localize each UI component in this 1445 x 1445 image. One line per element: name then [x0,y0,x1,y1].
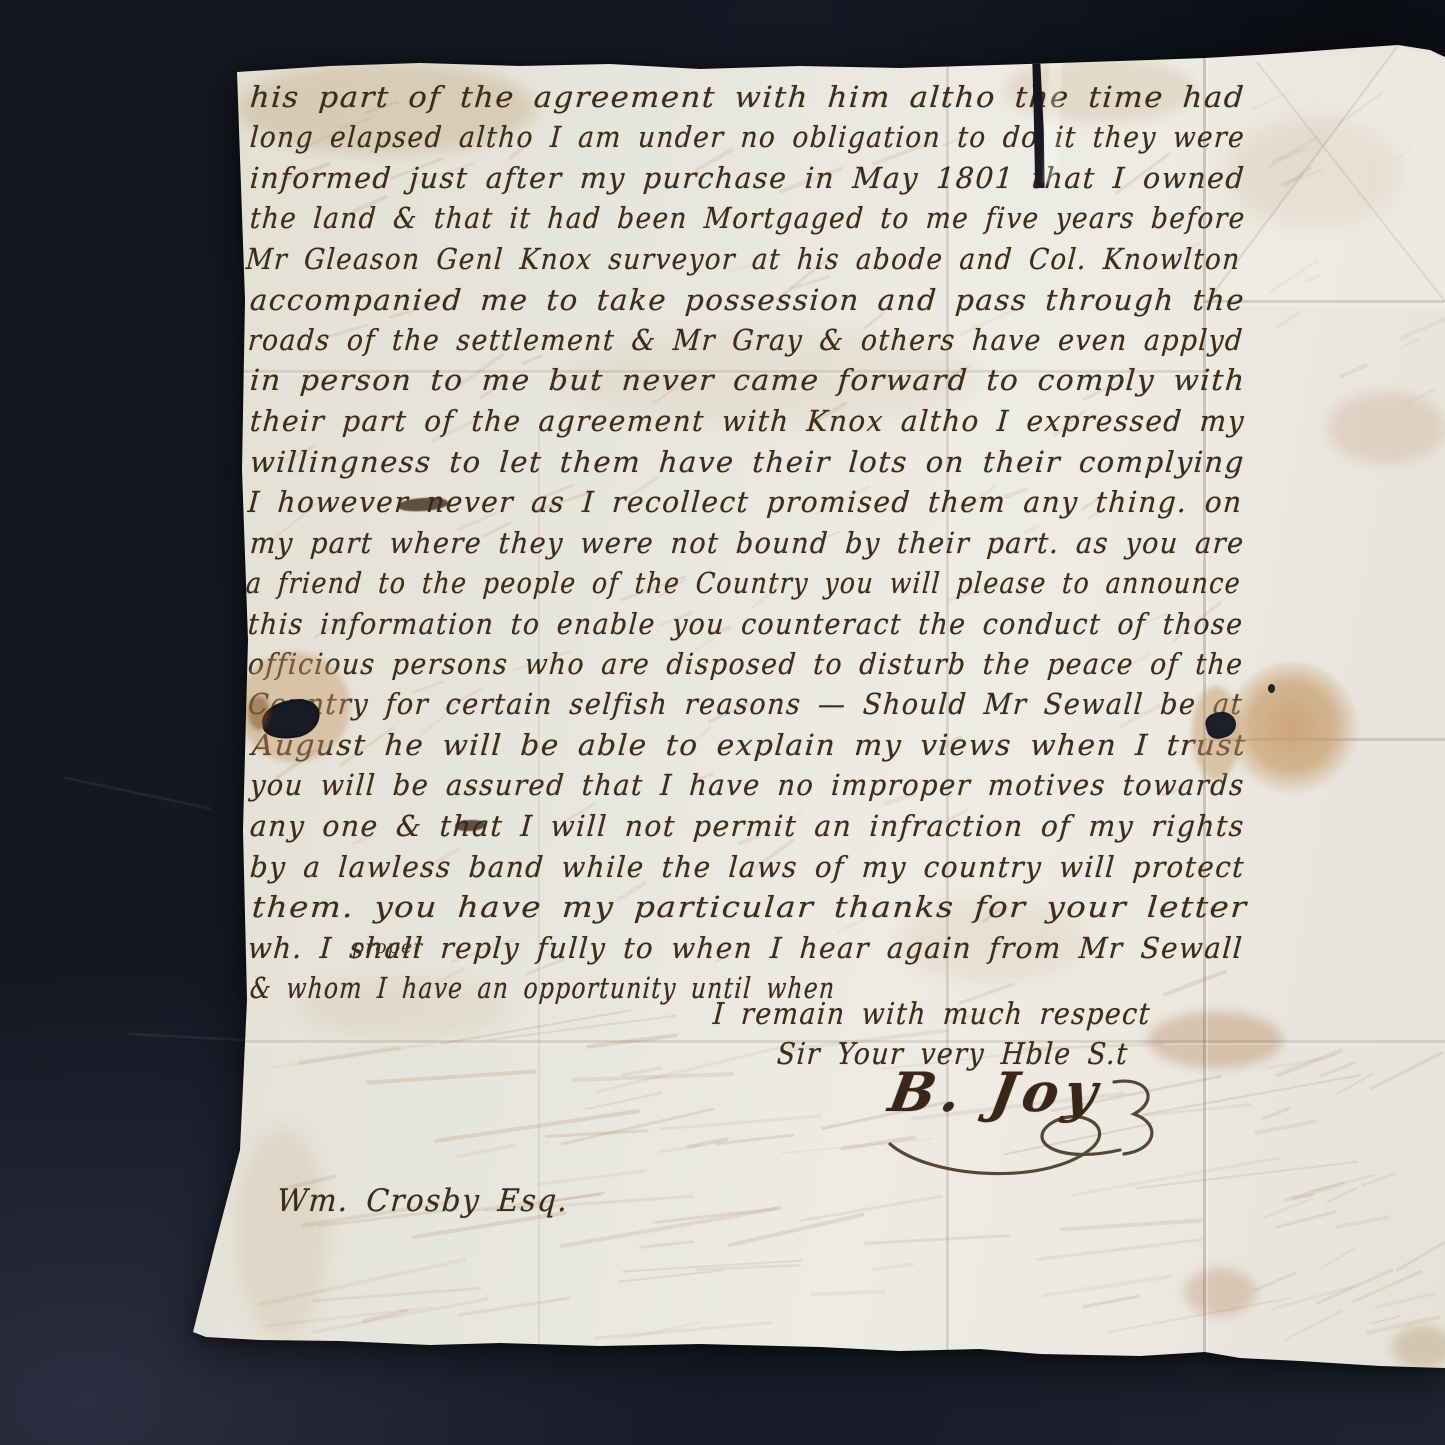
letter-line: accompanied me to take possession and pa… [249,286,1246,315]
bleed-stroke [585,1092,663,1111]
letter-paper: his part of the agreement with him altho… [0,0,1445,1445]
bleed-stroke [727,1212,864,1247]
letter-line: in person to me but never came forward t… [249,366,1247,395]
bleed-stroke [1277,310,1300,329]
foxing-stain [1392,1326,1445,1368]
bleed-stroke [1321,1247,1356,1269]
letter-line: my part where they were not bound by the… [249,529,1246,558]
inserted-word: proper [352,936,423,958]
signature: B. Joy [884,1060,1107,1124]
bleed-stroke [1370,1051,1444,1090]
bleed-stroke [810,1289,886,1296]
bleed-stroke [1261,1106,1292,1120]
signature-block: B. Joy [862,1048,1192,1208]
bleed-stroke [366,1069,537,1084]
bleed-stroke [1250,90,1290,111]
letter-line: Country for certain selfish reasons — Sh… [247,690,1244,719]
letter-line: August he will be able to explain my vie… [251,731,1248,760]
hole-rim-stain [248,696,270,730]
bleed-stroke [1339,363,1369,379]
bleed-stroke [1395,1225,1445,1272]
foxing-stain [1328,392,1445,464]
foxing-stain [236,1128,328,1340]
letter-line: them. you have my particular thanks for … [251,893,1249,922]
letter-line: his part of the agreement with him altho… [249,83,1246,112]
paper-pinhole [1268,684,1275,693]
letter-line: roads of the settlement & Mr Gray & othe… [247,326,1245,355]
bleed-stroke [595,1041,801,1094]
bleed-stroke [298,1045,401,1064]
bleed-stroke [1283,1309,1343,1342]
letter-line: by a lawless band while the laws of my c… [249,853,1246,882]
letter-line: the land & that it had been Mortgaged to… [249,204,1247,233]
letter-line: officious persons who are disposed to di… [247,650,1245,679]
letter-line: Mr Gleason Genl Knox surveyor at his abo… [245,245,1242,274]
bleed-stroke [639,1240,694,1249]
photo-scene: his part of the agreement with him altho… [0,0,1445,1445]
letter-line: informed just after my purchase in May 1… [249,164,1246,193]
letter-line: I however never as I recollect promised … [247,488,1244,517]
letter-line: willingness to let them have their lots … [249,448,1246,477]
bleed-stroke [572,1072,734,1082]
letter-line: you will be assured that I have no impro… [249,771,1246,800]
bleed-stroke [1253,1271,1297,1292]
letter-line: any one & that I will not permit an infr… [249,812,1246,841]
closing-line: I remain with much respect [712,1000,1152,1030]
letter-line: long elapsed altho I am under no obligat… [249,123,1246,152]
bleed-stroke [871,1262,914,1271]
bleed-stroke [652,1207,778,1224]
bleed-stroke [1283,1182,1346,1203]
addressee-line: Wm. Crosby Esq. [276,1186,570,1217]
bleed-stroke [1362,1172,1397,1188]
letter-line: this information to enable you counterac… [247,610,1245,639]
letter-paper-wrap: his part of the agreement with him altho… [0,0,1445,1445]
bleed-stroke [434,1109,640,1143]
letter-line: a friend to the people of the Country yo… [245,569,1242,598]
bleed-stroke [1374,1292,1435,1309]
wax-stain [1225,662,1359,796]
bleed-stroke [1335,1215,1391,1229]
letter-line: their part of the agreement with Knox al… [249,407,1246,436]
bleed-stroke [456,1143,516,1158]
bleed-stroke [1254,1119,1318,1134]
bleed-stroke [1275,1210,1338,1228]
